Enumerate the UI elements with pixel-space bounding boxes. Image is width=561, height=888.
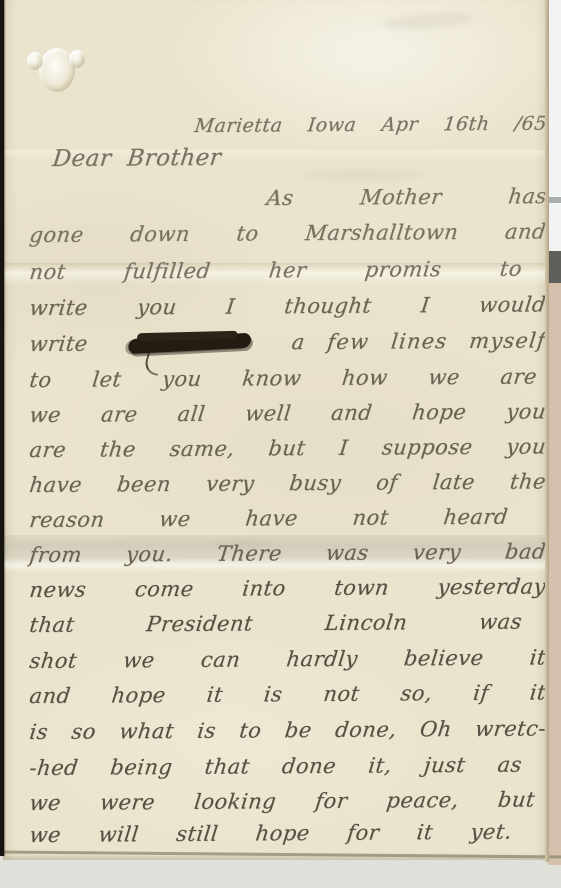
ink-bleed-smudge xyxy=(303,170,423,180)
letter-line: reason we have not heard xyxy=(28,504,510,534)
letter-line: shot we can hardly believe it xyxy=(28,644,548,675)
letter-line: news come into town yesterday xyxy=(28,573,548,604)
adjacent-sheet xyxy=(548,0,561,253)
page-right-edge xyxy=(545,0,549,862)
letter-line: write you I thought I would xyxy=(28,291,548,322)
letter-line-fragment: write xyxy=(28,331,89,358)
letter-line: gone down to Marshalltown and xyxy=(28,218,548,249)
backing-surface xyxy=(548,283,561,865)
letter-line: we were looking for peace, but xyxy=(28,786,537,817)
letter-line: to let you know how we are xyxy=(28,363,539,394)
scanned-letter-page: Marietta Iowa Apr 16th /65 Dear Brother … xyxy=(0,0,561,888)
letter-line: are the same, but I suppose you xyxy=(28,433,548,464)
ink-scribble xyxy=(128,333,252,354)
letter-line: As Mother has xyxy=(265,183,548,212)
page-bottom-edge xyxy=(0,851,561,859)
letter-line: we are all well and hope you xyxy=(28,398,548,429)
letter-line: we will still hope for it yet. xyxy=(28,819,514,849)
letter-line: not fulfilled her promis to xyxy=(28,256,524,286)
letter-line-fragment: a few lines myself xyxy=(290,327,547,356)
adjacent-sheet-edge xyxy=(548,197,561,203)
letter-line: have been very busy of late the xyxy=(28,468,548,499)
scan-left-edge xyxy=(0,0,4,856)
scanner-background xyxy=(0,858,561,888)
dateline: Marietta Iowa Apr 16th /65 xyxy=(193,111,548,140)
letter-line: -hed being that done it, just as xyxy=(28,752,524,782)
letter-line: is so what is to be done, Oh wretc- xyxy=(28,715,548,746)
embossed-seal-icon xyxy=(25,36,89,102)
letter-line-redacted: write a few lines myself xyxy=(28,327,548,358)
letter-line: and hope it is not so, if it xyxy=(28,679,548,710)
letter-page: Marietta Iowa Apr 16th /65 Dear Brother … xyxy=(3,0,548,860)
salutation: Dear Brother xyxy=(51,145,223,173)
ink-bleed-smudge xyxy=(383,11,474,31)
letter-line: that President Lincoln was xyxy=(28,609,524,639)
letter-line: from you. There was very bad xyxy=(28,538,548,569)
